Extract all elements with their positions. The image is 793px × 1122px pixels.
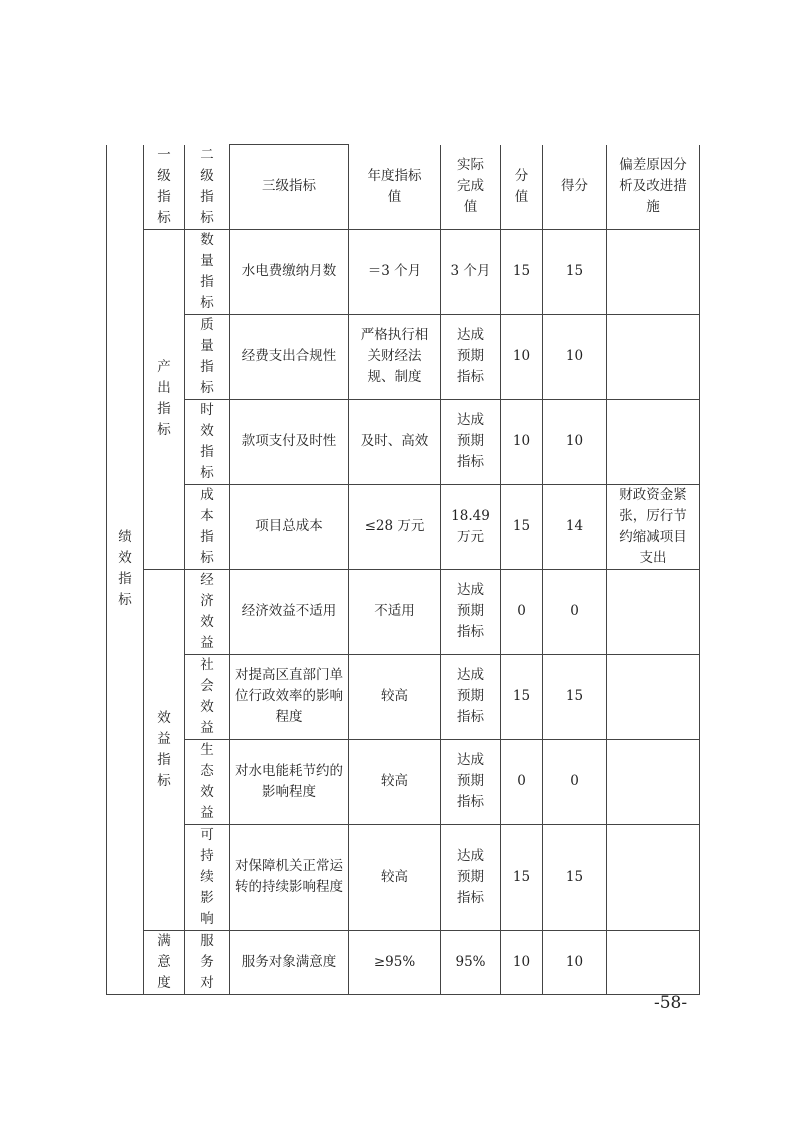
level2-cell: 质量指标 [185,314,230,399]
document-page: 绩效指标 一级指标 二级指标 三级指标 年度指标值 实际完成值 分值 得分 偏差… [0,0,793,1122]
target-cell: ≥95% [349,930,441,994]
actual-cell: 18.49 万元 [441,484,501,569]
level3-cell: 项目总成本 [230,484,349,569]
table-row: 社会效益 对提高区直部门单位行政效率的影响程度 较高 达成预期指标 15 15 [107,654,700,739]
level1-benefit-cell: 效益指标 [144,569,185,930]
level2-cell: 数量指标 [185,229,230,314]
note-cell [607,399,700,484]
actual-cell: 95% [441,930,501,994]
weight-cell: 0 [501,739,543,824]
score-cell: 15 [543,229,607,314]
actual-cell: 达成预期指标 [441,824,501,930]
note-cell [607,930,700,994]
target-cell: ≤28 万元 [349,484,441,569]
score-cell: 14 [543,484,607,569]
weight-cell: 10 [501,930,543,994]
target-cell: 不适用 [349,569,441,654]
header-level3: 三级指标 [230,145,349,230]
target-cell: ＝3 个月 [349,229,441,314]
level3-cell: 对保障机关正常运转的持续影响程度 [230,824,349,930]
actual-cell: 3 个月 [441,229,501,314]
table-row: 效益指标 经济效益 经济效益不适用 不适用 达成预期指标 0 0 [107,569,700,654]
level3-cell: 对水电能耗节约的影响程度 [230,739,349,824]
header-weight: 分值 [501,145,543,230]
target-cell: 较高 [349,739,441,824]
weight-cell: 0 [501,569,543,654]
header-score: 得分 [543,145,607,230]
score-cell: 10 [543,314,607,399]
note-cell [607,569,700,654]
level3-cell: 对提高区直部门单位行政效率的影响程度 [230,654,349,739]
target-cell: 及时、高效 [349,399,441,484]
level2-cell: 生态效益 [185,739,230,824]
actual-cell: 达成预期指标 [441,399,501,484]
level3-cell: 服务对象满意度 [230,930,349,994]
actual-cell: 达成预期指标 [441,739,501,824]
level2-cell: 时效指标 [185,399,230,484]
score-cell: 15 [543,654,607,739]
weight-cell: 15 [501,654,543,739]
table-row: 生态效益 对水电能耗节约的影响程度 较高 达成预期指标 0 0 [107,739,700,824]
weight-cell: 15 [501,824,543,930]
header-target: 年度指标值 [349,145,441,230]
note-cell: 财政资金紧张，厉行节约缩减项目支出 [607,484,700,569]
header-note: 偏差原因分析及改进措施 [607,145,700,230]
note-cell [607,824,700,930]
actual-cell: 达成预期指标 [441,569,501,654]
level2-cell: 可持续影响 [185,824,230,930]
score-cell: 10 [543,930,607,994]
header-level2: 二级指标 [185,145,230,230]
header-row: 绩效指标 一级指标 二级指标 三级指标 年度指标值 实际完成值 分值 得分 偏差… [107,145,700,230]
level3-cell: 经费支出合规性 [230,314,349,399]
group-label-cell: 绩效指标 [107,145,144,995]
level2-cell: 经济效益 [185,569,230,654]
note-cell [607,739,700,824]
level1-output-cell: 产出指标 [144,229,185,569]
score-cell: 15 [543,824,607,930]
level3-cell: 款项支付及时性 [230,399,349,484]
level2-cell: 服务对 [185,930,230,994]
level2-cell: 社会效益 [185,654,230,739]
weight-cell: 10 [501,314,543,399]
weight-cell: 15 [501,229,543,314]
header-actual: 实际完成值 [441,145,501,230]
table-row: 可持续影响 对保障机关正常运转的持续影响程度 较高 达成预期指标 15 15 [107,824,700,930]
weight-cell: 10 [501,399,543,484]
target-cell: 严格执行相关财经法规、制度 [349,314,441,399]
target-cell: 较高 [349,824,441,930]
score-cell: 0 [543,569,607,654]
level3-cell: 经济效益不适用 [230,569,349,654]
table-row: 满意度 服务对 服务对象满意度 ≥95% 95% 10 10 [107,930,700,994]
note-cell [607,654,700,739]
table-row: 成本指标 项目总成本 ≤28 万元 18.49 万元 15 14 财政资金紧张，… [107,484,700,569]
weight-cell: 15 [501,484,543,569]
score-cell: 10 [543,399,607,484]
page-number: -58- [654,993,687,1013]
performance-indicator-table: 绩效指标 一级指标 二级指标 三级指标 年度指标值 实际完成值 分值 得分 偏差… [106,144,700,995]
group-label: 绩效指标 [118,527,132,611]
level2-cell: 成本指标 [185,484,230,569]
target-cell: 较高 [349,654,441,739]
level3-cell: 水电费缴纳月数 [230,229,349,314]
score-cell: 0 [543,739,607,824]
actual-cell: 达成预期指标 [441,314,501,399]
table-row: 质量指标 经费支出合规性 严格执行相关财经法规、制度 达成预期指标 10 10 [107,314,700,399]
note-cell [607,314,700,399]
actual-cell: 达成预期指标 [441,654,501,739]
note-cell [607,229,700,314]
level1-satisfaction-cell: 满意度 [144,930,185,994]
table-row: 产出指标 数量指标 水电费缴纳月数 ＝3 个月 3 个月 15 15 [107,229,700,314]
header-level1: 一级指标 [144,145,185,230]
table-row: 时效指标 款项支付及时性 及时、高效 达成预期指标 10 10 [107,399,700,484]
